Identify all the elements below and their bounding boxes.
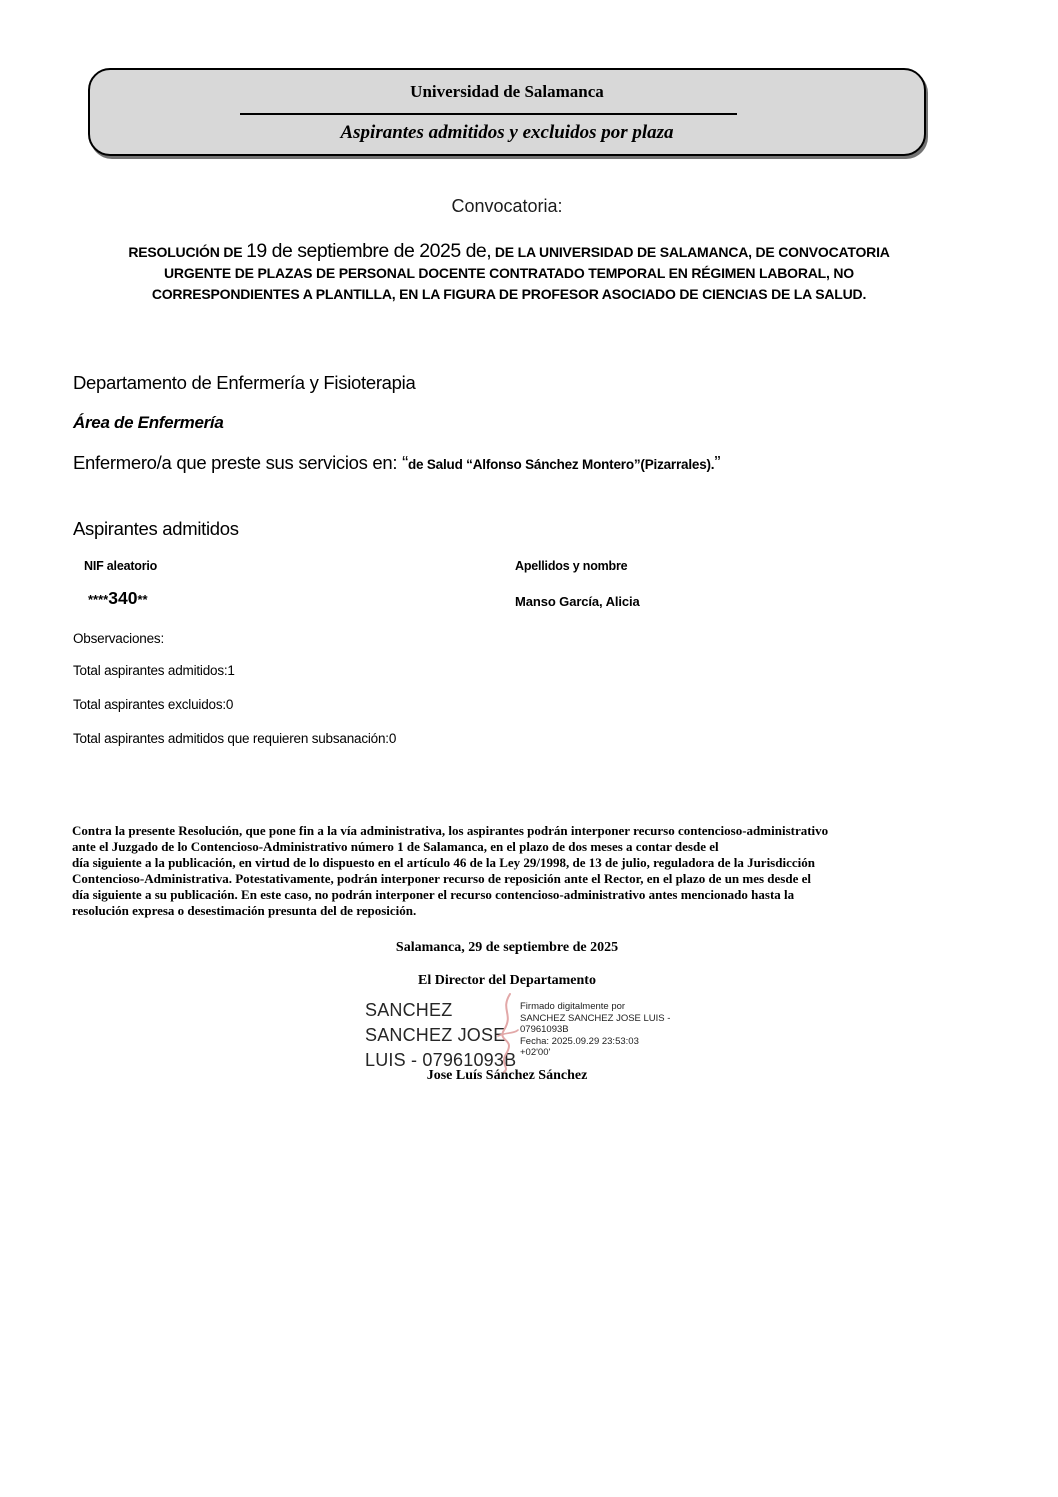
post-prefix: Enfermero/a que preste sus servicios en:… [73,452,408,473]
signature-flourish-icon [494,992,520,1079]
document-subtitle: Aspirantes admitidos y excluidos por pla… [90,122,924,144]
nif-mask-left: **** [88,592,108,607]
resolution-prefix: RESOLUCIÓN DE [128,244,246,260]
place-and-date: Salamanca, 29 de septiembre de 2025 [0,940,1014,956]
table-row-name: Manso García, Alicia [515,594,640,609]
signer-name: Jose Luís Sánchez Sánchez [0,1068,1014,1084]
header-divider [240,113,737,115]
digital-signature-details: Firmado digitalmente por SANCHEZ SANCHEZ… [520,1001,670,1059]
observations-label: Observaciones: [73,631,164,646]
post-detail: de Salud “Alfonso Sánchez Montero”(Pizar… [408,457,714,472]
document-header-box: Universidad de Salamanca Aspirantes admi… [88,68,926,156]
legal-paragraph: Contra la presente Resolución, que pone … [72,823,917,919]
nif-mask-right: ** [137,592,147,607]
convocatoria-label: Convocatoria: [0,196,1014,217]
column-header-name: Apellidos y nombre [515,559,627,573]
area-title: Área de Enfermería [73,413,224,433]
total-excluded: Total aspirantes excluidos:0 [73,697,233,712]
admitted-section-title: Aspirantes admitidos [73,518,239,540]
post-description: Enfermero/a que preste sus servicios en:… [73,452,720,474]
post-suffix: ” [714,452,720,473]
university-title: Universidad de Salamanca [90,82,924,102]
nif-digits: 340 [108,588,137,608]
total-admitted: Total aspirantes admitidos:1 [73,663,235,678]
column-header-nif: NIF aleatorio [84,559,157,573]
resolution-date: 19 de septiembre de 2025 de, [246,240,491,262]
total-subsanacion: Total aspirantes admitidos que requieren… [73,731,396,746]
signer-role: El Director del Departamento [0,973,1014,989]
table-row-nif: ****340** [88,588,148,609]
resolution-paragraph: RESOLUCIÓN DE 19 de septiembre de 2025 d… [104,241,914,305]
department-title: Departamento de Enfermería y Fisioterapi… [73,372,415,394]
document-page: Universidad de Salamanca Aspirantes admi… [0,0,1058,1497]
